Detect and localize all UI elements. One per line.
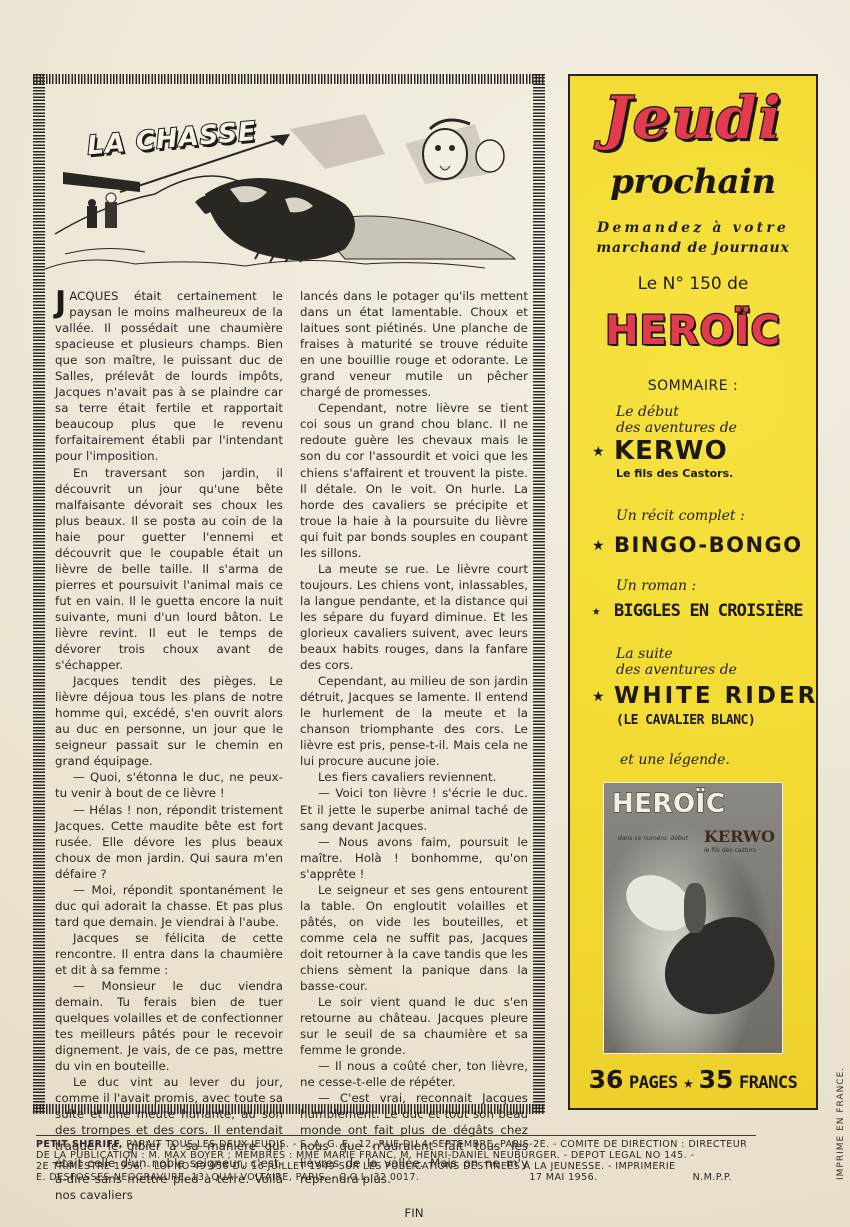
paragraph: — Moi, répondit spontanément le duc qui … [55, 882, 283, 930]
star-icon: ★ [683, 1073, 693, 1093]
paragraph: Cependant, au milieu de son jardin détru… [300, 673, 528, 769]
magazine-cover-image: HEROÏC dans ce numéro: début KERWO le fi… [603, 782, 783, 1054]
next-issue-advert: Jeudi prochain Demandez à votre marchand… [568, 74, 818, 1110]
ad-headline: Jeudi [570, 84, 816, 152]
paragraph: Jacques se félicita de cette rencontre. … [55, 930, 283, 978]
contents-item-biggles: Un roman : ★BIGGLES EN CROISIÈRE [592, 578, 810, 624]
paragraph: — Quoi, s'étonna le duc, ne peux-tu veni… [55, 769, 283, 801]
contents-item-bingo-bongo: Un récit complet : ★BINGO-BONGO [592, 508, 810, 561]
cover-tagline: dans ce numéro: début [618, 835, 688, 842]
pages-label: PAGES [629, 1073, 678, 1093]
star-icon: ★ [592, 681, 614, 713]
paragraph: — Il nous a coûté cher, ton lièvre, ne c… [300, 1058, 528, 1090]
story-illustration: LA CHASSE [45, 84, 533, 276]
ad-ask-text: Demandez à votre marchand de journaux [570, 218, 816, 258]
story-end: FIN [300, 1205, 528, 1221]
price-line: 36 PAGES ★ 35 FRANCS [570, 1065, 816, 1094]
drop-cap: J [55, 290, 66, 316]
paragraph: — Monsieur le duc viendra demain. Tu fer… [55, 978, 283, 1074]
paragraph: Jacques tendit des pièges. Le lièvre déj… [55, 673, 283, 769]
contents-item-white-rider: La suite des aventures de ★WHITE RIDER (… [592, 646, 810, 728]
paragraph: lancés dans le potager qu'ils mettent da… [300, 288, 528, 400]
paragraph: La meute se rue. Le lièvre court toujour… [300, 561, 528, 673]
story-column-right: lancés dans le potager qu'ils mettent da… [300, 288, 528, 1221]
story-column-left: JACQUES était certainement le paysan le … [55, 288, 283, 1203]
hunting-scene-illustration [45, 84, 533, 276]
paragraph: — Nous avons faim, poursuit le maître. H… [300, 834, 528, 882]
publication-imprint: PETIT SHERIFF, PARAIT TOUS LES DEUX JEUD… [36, 1139, 826, 1183]
printed-in-france-note: IMPRIME EN FRANCE. [836, 1067, 846, 1180]
paragraph: En traversant son jardin, il découvrit u… [55, 465, 283, 674]
page-count: 36 [589, 1065, 624, 1094]
paragraph: Les fiers cavaliers reviennent. [300, 769, 528, 785]
paragraph: JACQUES était certainement le paysan le … [55, 288, 283, 465]
imprint-date: 17 MAI 1956. [529, 1172, 597, 1183]
paragraph: Cependant, notre lièvre se tient coi sou… [300, 400, 528, 560]
paragraph: Le seigneur et ses gens entourent la tab… [300, 882, 528, 994]
star-icon: ★ [592, 437, 614, 467]
contents-item-kerwo: Le début des aventures de ★KERWO Le fils… [592, 404, 810, 480]
paragraph: Le soir vient quand le duc s'en retourne… [300, 994, 528, 1058]
frame-top-border [33, 74, 545, 84]
cover-title: HEROÏC [612, 789, 725, 819]
imprint-divider [36, 1135, 756, 1136]
star-icon: ★ [592, 531, 614, 561]
frame-right-border [533, 74, 545, 1114]
imprint-brand: PETIT SHERIFF, [36, 1139, 123, 1150]
star-icon: ★ [592, 598, 614, 624]
price-value: 35 [699, 1065, 734, 1094]
price-currency: FRANCS [739, 1073, 797, 1093]
ad-issue-number: Le N° 150 de [570, 274, 816, 294]
frame-left-border [33, 74, 45, 1114]
imprint-distributor: N.M.P.P. [693, 1172, 732, 1183]
magazine-logo: HEROÏC [570, 308, 816, 354]
paragraph: — Voici ton lièvre ! s'écrie le duc. Et … [300, 785, 528, 833]
cover-feature: KERWO [704, 827, 775, 846]
cover-rider [684, 883, 706, 933]
contents-legend: et une légende. [620, 752, 730, 768]
cover-feature-sub: le fils des castors [704, 847, 756, 854]
paragraph: — Hélas ! non, répondit tristement Jacqu… [55, 802, 283, 882]
ad-subheadline: prochain [570, 162, 816, 202]
contents-heading: SOMMAIRE : [570, 378, 816, 394]
